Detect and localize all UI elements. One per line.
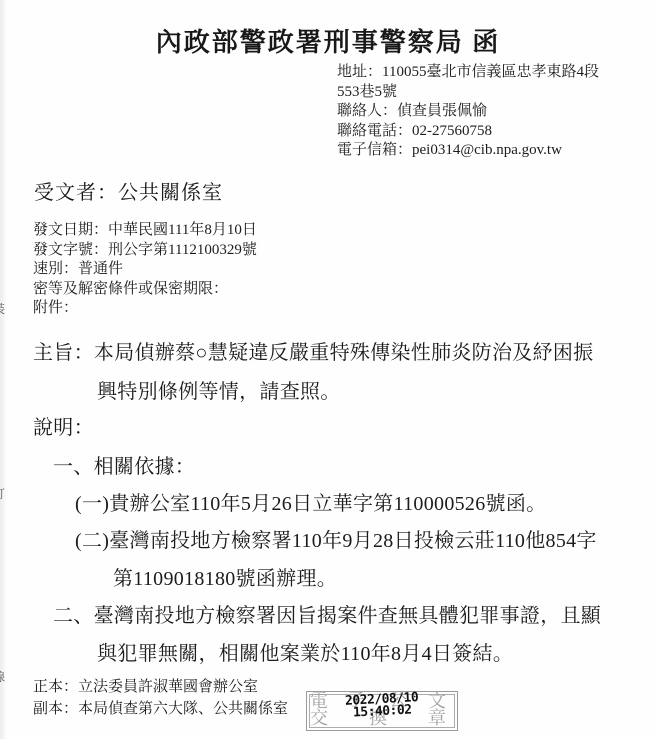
meta-attachment: 附件：	[33, 299, 257, 319]
document-title: 內政部警政署刑事警察局 函	[0, 22, 656, 59]
description-item-1-sub-2-line-1: (二)臺灣南投地方檢察署110年9月28日投檢云莊110他854字	[75, 524, 597, 553]
electronic-exchange-stamp: 電 子 公 文 交 換 章 2022/08/10 15:40:02	[306, 691, 458, 731]
meta-speed: 速別：普通件	[33, 260, 257, 280]
contact-phone: 聯絡電話：02-27560758	[337, 122, 647, 142]
original-recipient-line: 正本：立法委員許淑華國會辦公室	[33, 675, 258, 696]
recipient-line: 受文者：公共關係室	[34, 176, 223, 205]
subject-line-2: 興特別條例等情，請查照。	[97, 375, 341, 404]
scan-edge-shading	[0, 0, 7, 739]
document-meta-block: 發文日期：中華民國111年8月10日 發文字號：刑公字第1112100329號 …	[33, 221, 257, 319]
copy-recipient-line: 副本：本局偵查第六大隊、公共關係室	[33, 697, 288, 718]
contact-address-line1: 地址：110055臺北市信義區忠孝東路4段	[337, 63, 647, 83]
subject-line-1: 主旨：本局偵辦蔡○慧疑違反嚴重特殊傳染性肺炎防治及紓困振	[33, 336, 593, 365]
description-item-1: 一、相關依據：	[53, 450, 195, 479]
meta-doc-number: 發文字號：刑公字第1112100329號	[33, 241, 257, 261]
meta-issue-date: 發文日期：中華民國111年8月10日	[33, 221, 257, 241]
description-item-2-line-1: 二、臺灣南投地方檢察署因旨揭案件查無具體犯罪事證，且顯	[53, 599, 601, 628]
binding-margin-char-ding: 訂	[0, 485, 5, 502]
description-heading: 說明：	[33, 411, 94, 440]
scanned-official-letter: 裝 訂 線 內政部警政署刑事警察局 函 地址：110055臺北市信義區忠孝東路4…	[0, 0, 656, 739]
binding-margin-char-xian: 線	[0, 668, 5, 685]
description-item-1-sub-2-line-2: 第1109018180號函辦理。	[113, 562, 337, 591]
agency-contact-block: 地址：110055臺北市信義區忠孝東路4段 553巷5號 聯絡人：偵查員張佩愉 …	[337, 63, 647, 161]
description-item-1-sub-1: (一)貴辦公室110年5月26日立華字第110000526號函。	[75, 487, 546, 516]
description-item-2-line-2: 與犯罪無關，相關他案業於110年8月4日簽結。	[97, 637, 513, 666]
meta-security: 密等及解密條件或保密期限：	[33, 280, 257, 300]
binding-margin-char-zhuang: 裝	[0, 300, 5, 317]
contact-email: 電子信箱：pei0314@cib.npa.gov.tw	[337, 141, 647, 161]
contact-person: 聯絡人：偵查員張佩愉	[337, 102, 647, 122]
contact-address-line2: 553巷5號	[337, 83, 647, 103]
